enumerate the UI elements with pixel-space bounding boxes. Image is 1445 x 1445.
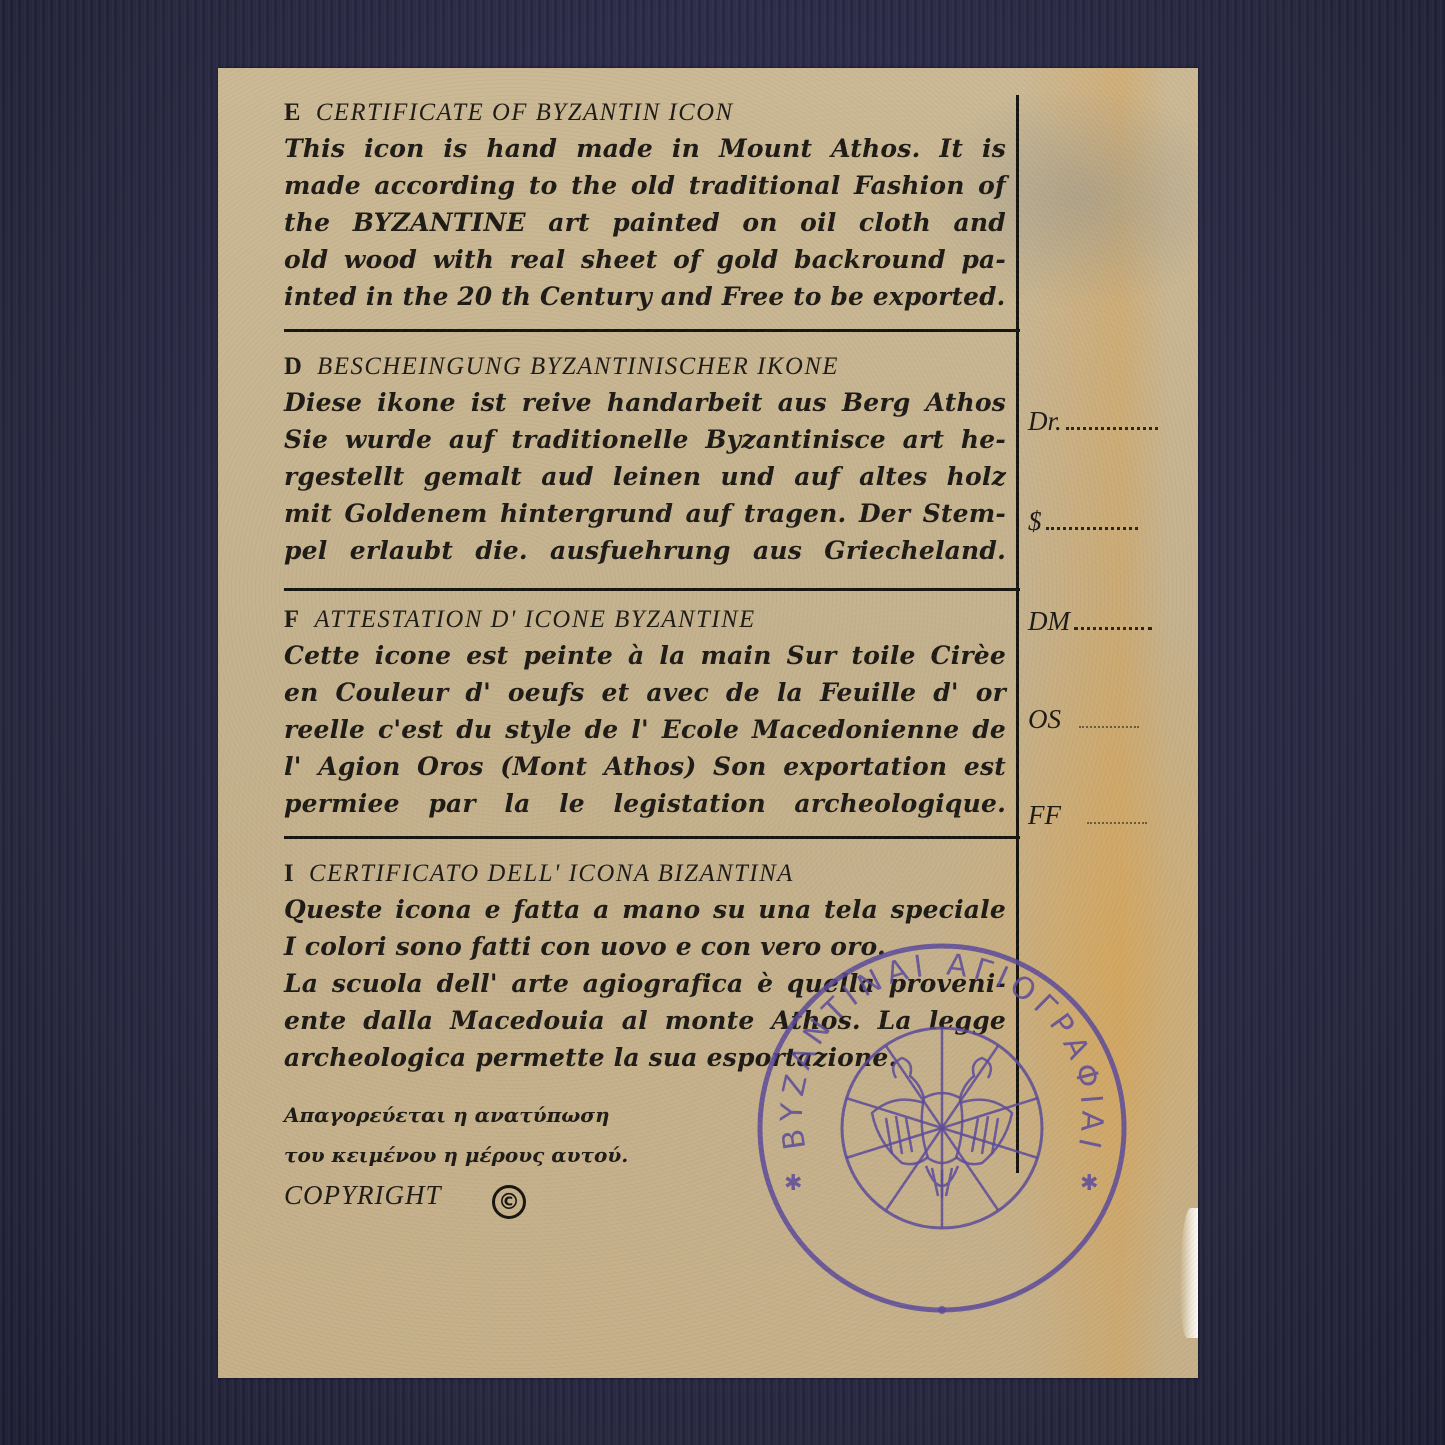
language-letter: D <box>284 350 303 384</box>
blank-dotted-line <box>1087 821 1147 824</box>
blank-dotted-line <box>1046 526 1138 530</box>
currency-field-drachma: Dr. <box>1028 406 1158 437</box>
section-divider <box>284 588 1020 591</box>
currency-field-schilling: OS <box>1028 704 1139 735</box>
currency-label: DM <box>1028 606 1070 636</box>
body-line: This icon is hand made in Mount Athos. I… <box>284 130 1006 167</box>
language-letter: F <box>284 603 301 637</box>
section-heading: ICERTIFICATO DELL' ICONA BIZANTINA <box>284 857 1000 891</box>
vertical-divider <box>1016 95 1019 1173</box>
body-line: the BYZANTINE art painted on oil cloth a… <box>284 204 1006 241</box>
section-italian: ICERTIFICATO DELL' ICONA BIZANTINA Quest… <box>284 857 1010 1076</box>
section-heading: FATTESTATION D' ICONE BYZANTINE <box>284 603 1000 637</box>
double-headed-eagle-icon <box>872 1058 1012 1198</box>
body-line: inted in the 20 th Century and Free to b… <box>284 278 1006 315</box>
section-french: FATTESTATION D' ICONE BYZANTINE Cette ic… <box>284 603 1010 822</box>
certificate-paper: ECERTIFICATE OF BYZANTIN ICON This icon … <box>218 68 1198 1378</box>
section-divider <box>284 836 1020 839</box>
svg-text:✱: ✱ <box>1080 1171 1098 1196</box>
body-line: archeologica permette la sua esportazion… <box>284 1039 1006 1076</box>
body-line: I colori sono fatti con uovo e con vero … <box>284 928 1006 965</box>
section-title: ATTESTATION D' ICONE BYZANTINE <box>314 606 755 633</box>
body-line: old wood with real sheet of gold backrou… <box>284 241 1006 278</box>
body-line: rgestellt gemalt aud leinen und auf alte… <box>284 458 1006 495</box>
currency-label: FF <box>1028 800 1061 830</box>
section-title: CERTIFICATE OF BYZANTIN ICON <box>316 99 734 126</box>
paper-tear <box>1180 1208 1198 1338</box>
currency-label: $ <box>1028 506 1042 536</box>
svg-text:✱: ✱ <box>784 1171 802 1196</box>
body-line: ente dalla Macedouia al monte Athos. La … <box>284 1002 1006 1039</box>
body-line: permiee par la le legistation archeologi… <box>284 785 1006 822</box>
section-english: ECERTIFICATE OF BYZANTIN ICON This icon … <box>284 96 1010 315</box>
copyright-label: COPYRIGHT <box>284 1180 442 1211</box>
greek-notice-line: Απαγορεύεται η ανατύπωση <box>284 1098 610 1132</box>
body-line: en Couleur d' oeufs et avec de la Feuill… <box>284 674 1006 711</box>
section-heading: ECERTIFICATE OF BYZANTIN ICON <box>284 96 1000 130</box>
blank-dotted-line <box>1066 426 1158 430</box>
greek-notice-line: του κειμένου η μέρους αυτού. <box>284 1138 628 1172</box>
currency-field-franc: FF <box>1028 800 1147 831</box>
section-german: DBESCHEINGUNG BYZANTINISCHER IKONE Diese… <box>284 350 1010 569</box>
language-letter: I <box>284 857 295 891</box>
body-line: reelle c'est du style de l' Ecole Macedo… <box>284 711 1006 748</box>
section-divider <box>284 329 1020 332</box>
section-title: CERTIFICATO DELL' ICONA BIZANTINA <box>309 860 794 887</box>
blank-dotted-line <box>1074 626 1152 630</box>
currency-label: OS <box>1028 704 1061 734</box>
body-line: Sie wurde auf traditionelle Byzantinisce… <box>284 421 1006 458</box>
body-line: made according to the old traditional Fa… <box>284 167 1006 204</box>
section-title: BESCHEINGUNG BYZANTINISCHER IKONE <box>317 353 839 380</box>
currency-field-dollar: $ <box>1028 506 1138 537</box>
body-line: Cette icone est peinte à la main Sur toi… <box>284 637 1006 674</box>
body-line: l' Agion Oros (Mont Athos) Son exportati… <box>284 748 1006 785</box>
body-line: Queste icona e fatta a mano su una tela … <box>284 891 1006 928</box>
currency-field-mark: DM <box>1028 606 1152 637</box>
language-letter: E <box>284 96 302 130</box>
section-heading: DBESCHEINGUNG BYZANTINISCHER IKONE <box>284 350 1000 384</box>
body-line: mit Goldenem hintergrund auf tragen. Der… <box>284 495 1006 532</box>
currency-label: Dr. <box>1028 406 1062 436</box>
body-line: La scuola dell' arte agiografica è quell… <box>284 965 1006 1002</box>
body-line: pel erlaubt die. ausfuehrung aus Grieche… <box>284 532 1006 569</box>
body-line: Diese ikone ist reive handarbeit aus Ber… <box>284 384 1006 421</box>
copyright-icon: © <box>492 1185 526 1219</box>
blank-dotted-line <box>1079 725 1139 728</box>
